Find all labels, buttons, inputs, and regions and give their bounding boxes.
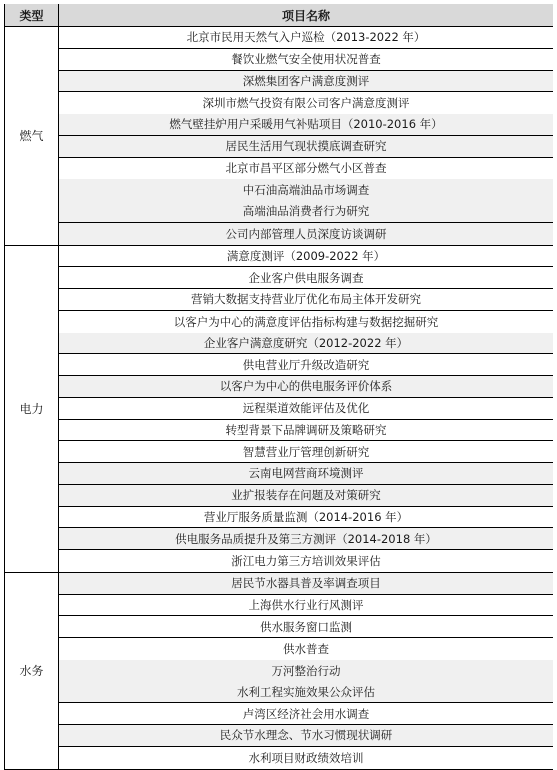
table-row: 智慧营业厅管理创新研究 — [59, 441, 553, 463]
table-row: 中石油高端油品市场调查 — [59, 179, 553, 201]
category-section: 水务居民节水器具普及率调查项目上海供水行业行风测评供水服务窗口监测供水普查万河整… — [5, 572, 553, 769]
category-section: 燃气北京市民用天然气入户巡检（2013-2022 年）餐饮业燃气安全使用状况普查… — [5, 27, 553, 245]
table-row: 云南电网营商环境测评 — [59, 463, 553, 485]
header-type: 类型 — [5, 4, 59, 26]
project-table: 类型 项目名称 燃气北京市民用天然气入户巡检（2013-2022 年）餐饮业燃气… — [4, 4, 553, 770]
table-row: 深燃集团客户满意度测评 — [59, 71, 553, 93]
table-row: 业扩报装存在问题及对策研究 — [59, 485, 553, 507]
table-header: 类型 项目名称 — [5, 4, 553, 27]
table-row: 满意度测评（2009-2022 年） — [59, 246, 553, 268]
table-row: 水利项目财政绩效培训 — [59, 747, 553, 769]
table-row: 浙江电力第三方培训效果评估 — [59, 550, 553, 572]
table-row: 居民生活用气现状摸底调查研究 — [59, 136, 553, 158]
table-row: 远程渠道效能评估及优化 — [59, 398, 553, 420]
table-row: 北京市昌平区部分燃气小区普查 — [59, 158, 553, 180]
table-row: 供水服务窗口监测 — [59, 616, 553, 638]
table-row: 转型背景下品牌调研及策略研究 — [59, 420, 553, 442]
category-cell: 电力 — [5, 246, 59, 572]
table-row: 营销大数据支持营业厅优化布局主体开发研究 — [59, 289, 553, 311]
table-row: 万河整治行动 — [59, 660, 553, 682]
table-row: 北京市民用天然气入户巡检（2013-2022 年） — [59, 27, 553, 49]
category-cell: 燃气 — [5, 27, 59, 245]
table-row: 供水普查 — [59, 638, 553, 660]
table-row: 高端油品消费者行为研究 — [59, 201, 553, 223]
category-cell: 水务 — [5, 573, 59, 769]
table-row: 居民节水器具普及率调查项目 — [59, 573, 553, 595]
header-project-name: 项目名称 — [59, 4, 553, 26]
table-row: 以客户为中心的满意度评估指标构建与数据挖掘研究 — [59, 311, 553, 333]
table-body: 燃气北京市民用天然气入户巡检（2013-2022 年）餐饮业燃气安全使用状况普查… — [5, 27, 553, 769]
table-row: 卢湾区经济社会用水调查 — [59, 703, 553, 725]
table-row: 燃气壁挂炉用户采暖用气补贴项目（2010-2016 年） — [59, 114, 553, 136]
table-row: 以客户为中心的供电服务评价体系 — [59, 376, 553, 398]
table-row: 水利工程实施效果公众评估 — [59, 682, 553, 704]
table-row: 深圳市燃气投资有限公司客户满意度测评 — [59, 92, 553, 114]
table-row: 民众节水理念、节水习惯现状调研 — [59, 725, 553, 747]
table-row: 供电营业厅升级改造研究 — [59, 354, 553, 376]
table-row: 上海供水行业行风测评 — [59, 595, 553, 617]
table-row: 企业客户供电服务调查 — [59, 267, 553, 289]
category-section: 电力满意度测评（2009-2022 年）企业客户供电服务调查营销大数据支持营业厅… — [5, 245, 553, 572]
table-row: 公司内部管理人员深度访谈调研 — [59, 223, 553, 245]
table-row: 营业厅服务质量监测（2014-2016 年） — [59, 507, 553, 529]
table-row: 企业客户满意度研究（2012-2022 年） — [59, 333, 553, 355]
table-row: 餐饮业燃气安全使用状况普查 — [59, 49, 553, 71]
table-row: 供电服务品质提升及第三方测评（2014-2018 年） — [59, 528, 553, 550]
